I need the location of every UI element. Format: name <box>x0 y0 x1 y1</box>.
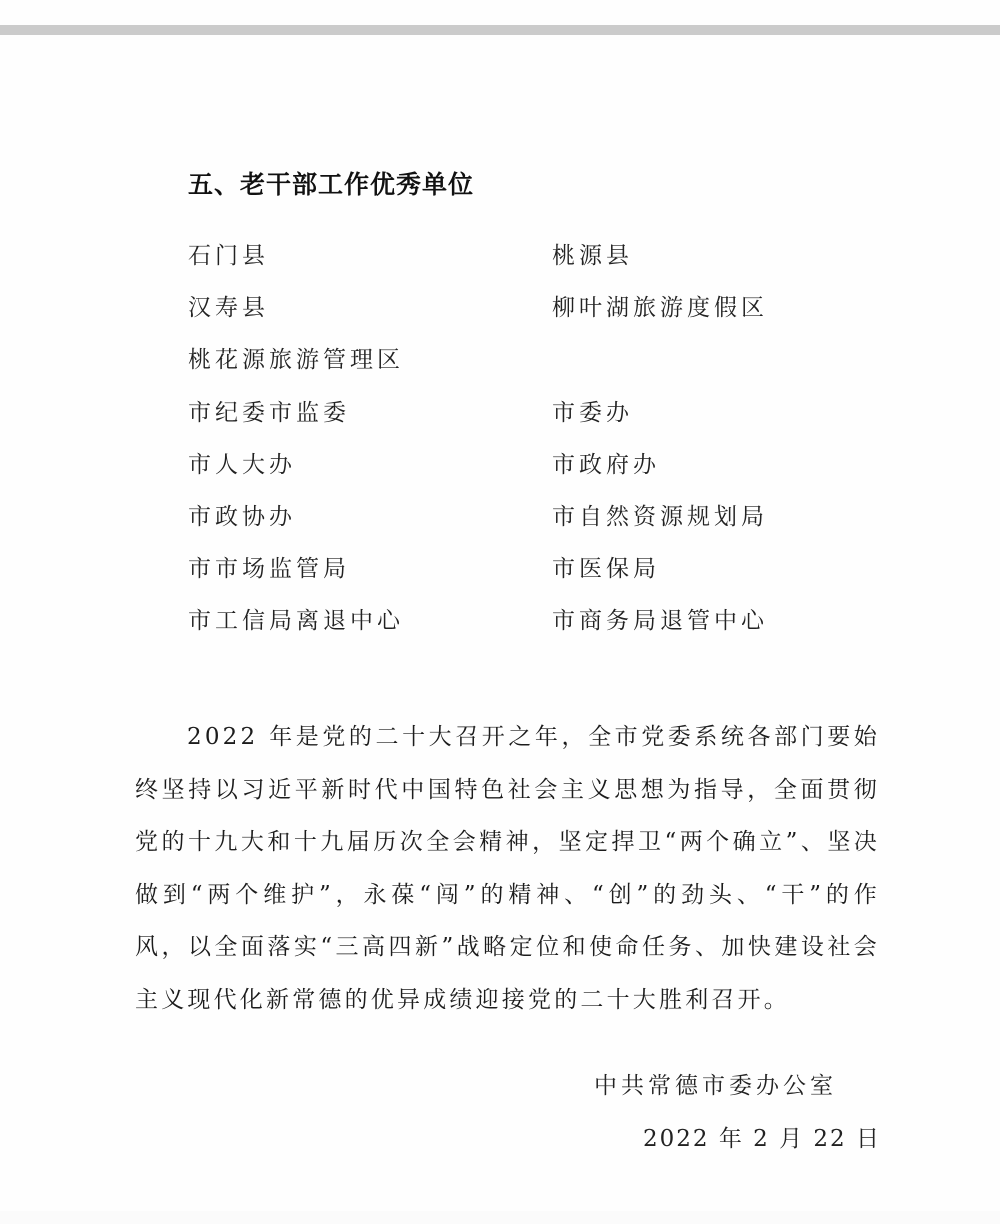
unit-name: 市人大办 <box>188 447 296 483</box>
unit-row: 市市场监管局 市医保局 <box>188 551 808 603</box>
unit-name: 柳叶湖旅游度假区 <box>552 290 768 326</box>
unit-row: 市人大办 市政府办 <box>188 447 808 499</box>
unit-row: 市政协办 市自然资源规划局 <box>188 499 808 551</box>
top-divider-bar <box>0 25 1000 35</box>
unit-row: 市工信局离退中心 市商务局退管中心 <box>188 603 808 655</box>
unit-row: 汉寿县 柳叶湖旅游度假区 <box>188 290 808 342</box>
issue-date: 2022 年 2 月 22 日 <box>643 1120 881 1153</box>
unit-name: 市政府办 <box>552 447 660 483</box>
unit-list: 石门县 桃源县 汉寿县 柳叶湖旅游度假区 桃花源旅游管理区 市纪委市监委 市委办… <box>188 238 808 656</box>
section-heading: 五、老干部工作优秀单位 <box>188 165 474 201</box>
bottom-edge <box>0 1211 1000 1224</box>
unit-name: 市商务局退管中心 <box>552 603 768 639</box>
unit-name: 市市场监管局 <box>188 551 350 587</box>
unit-name: 市政协办 <box>188 499 296 535</box>
unit-row: 市纪委市监委 市委办 <box>188 395 808 447</box>
unit-name: 市自然资源规划局 <box>552 499 768 535</box>
closing-paragraph: 2022 年是党的二十大召开之年，全市党委系统各部门要始终坚持以习近平新时代中国… <box>135 711 880 1026</box>
unit-name: 桃花源旅游管理区 <box>188 342 404 378</box>
unit-name: 汉寿县 <box>188 290 269 326</box>
unit-name: 石门县 <box>188 238 269 274</box>
unit-name: 桃源县 <box>552 238 633 274</box>
unit-row: 石门县 桃源县 <box>188 238 808 290</box>
unit-name: 市纪委市监委 <box>188 395 350 431</box>
unit-name: 市委办 <box>552 395 633 431</box>
issuer-signature: 中共常德市委办公室 <box>594 1067 837 1100</box>
unit-row: 桃花源旅游管理区 <box>188 342 808 394</box>
unit-name: 市医保局 <box>552 551 660 587</box>
unit-name: 市工信局离退中心 <box>188 603 404 639</box>
